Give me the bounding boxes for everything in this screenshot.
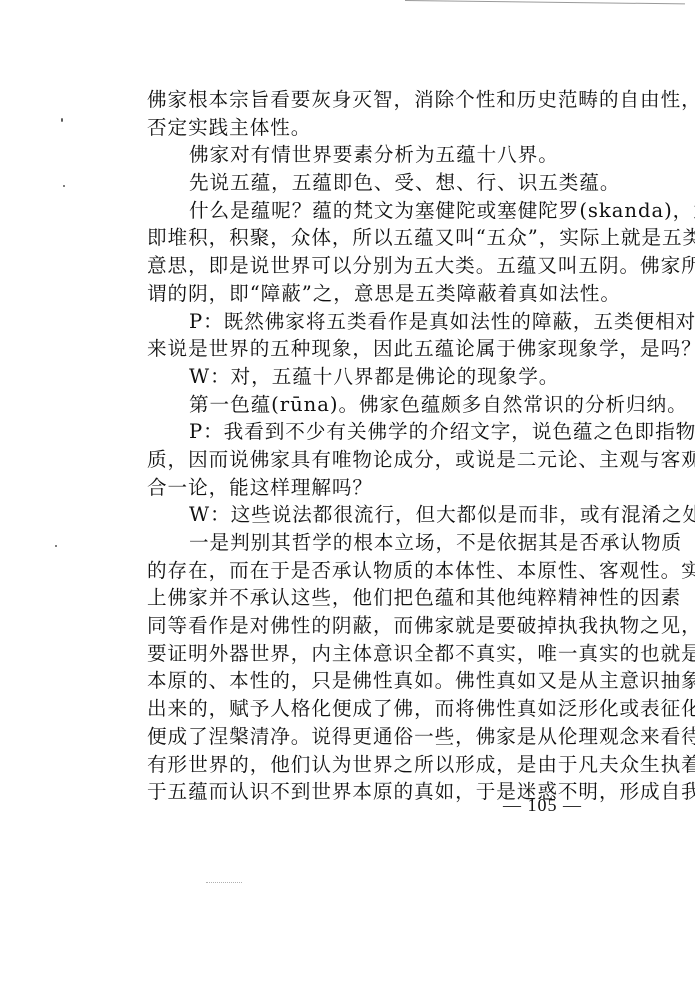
text-line: 佛家根本宗旨看要灰身灭智，消除个性和历史范畴的自由性， (147, 86, 607, 114)
text-line: 出来的，赋予人格化便成了佛，而将佛性真如泛形化或表征化 (147, 695, 607, 723)
scan-edge-artifact (405, 0, 685, 9)
text-line: W：对，五蕴十八界都是佛论的现象学。 (147, 363, 607, 391)
scan-speck (61, 118, 63, 122)
text-line: W：这些说法都很流行，但大都似是而非，或有混淆之处。 (147, 501, 607, 529)
text-line: P：既然佛家将五类看作是真如法性的障蔽，五类便相对 (147, 308, 607, 336)
scan-dots-artifact (206, 882, 242, 885)
text-line: 来说是世界的五种现象，因此五蕴论属于佛家现象学，是吗？ (147, 335, 607, 363)
text-line: 谓的阴，即“障蔽”之，意思是五类障蔽着真如法性。 (147, 280, 607, 308)
text-line: 合一论，能这样理解吗？ (147, 474, 607, 502)
text-line: 一是判别其哲学的根本立场，不是依据其是否承认物质 (147, 529, 607, 557)
text-line: 要证明外器世界，内主体意识全都不真实，唯一真实的也就是 (147, 640, 607, 668)
scan-speck (63, 185, 65, 187)
text-line: 佛家对有情世界要素分析为五蕴十八界。 (147, 141, 607, 169)
text-line: 便成了涅槃清净。说得更通俗一些，佛家是从伦理观念来看待 (147, 723, 607, 751)
text-line: 本原的、本性的，只是佛性真如。佛性真如又是从主意识抽象 (147, 667, 607, 695)
text-line: 上佛家并不承认这些，他们把色蕴和其他纯粹精神性的因素 (147, 584, 607, 612)
page-number: — 105 — (503, 793, 582, 817)
text-line: 否定实践主体性。 (147, 114, 607, 142)
scan-speck (55, 545, 57, 547)
text-line: 什么是蕴呢？蕴的梵文为塞健陀或塞健陀罗(skanda)，意 (147, 197, 607, 225)
text-line: 有形世界的，他们认为世界之所以形成，是由于凡夫众生执着 (147, 751, 607, 779)
text-line: 意思，即是说世界可以分别为五大类。五蕴又叫五阴。佛家所 (147, 252, 607, 280)
text-line: 先说五蕴，五蕴即色、受、想、行、识五类蕴。 (147, 169, 607, 197)
text-line: 质，因而说佛家具有唯物论成分，或说是二元论、主观与客观 (147, 446, 607, 474)
page-body: 佛家根本宗旨看要灰身灭智，消除个性和历史范畴的自由性， 否定实践主体性。 佛家对… (147, 86, 607, 806)
text-line: 的存在，而在于是否承认物质的本体性、本原性、客观性。实际 (147, 557, 607, 585)
text-line: P：我看到不少有关佛学的介绍文字，说色蕴之色即指物 (147, 418, 607, 446)
text-line: 第一色蕴(rūna)。佛家色蕴颇多自然常识的分析归纳。 (147, 391, 607, 419)
text-line: 同等看作是对佛性的阴蔽，而佛家就是要破掉执我执物之见， (147, 612, 607, 640)
text-line: 即堆积，积聚，众体，所以五蕴又叫“五众”，实际上就是五类的 (147, 224, 607, 252)
